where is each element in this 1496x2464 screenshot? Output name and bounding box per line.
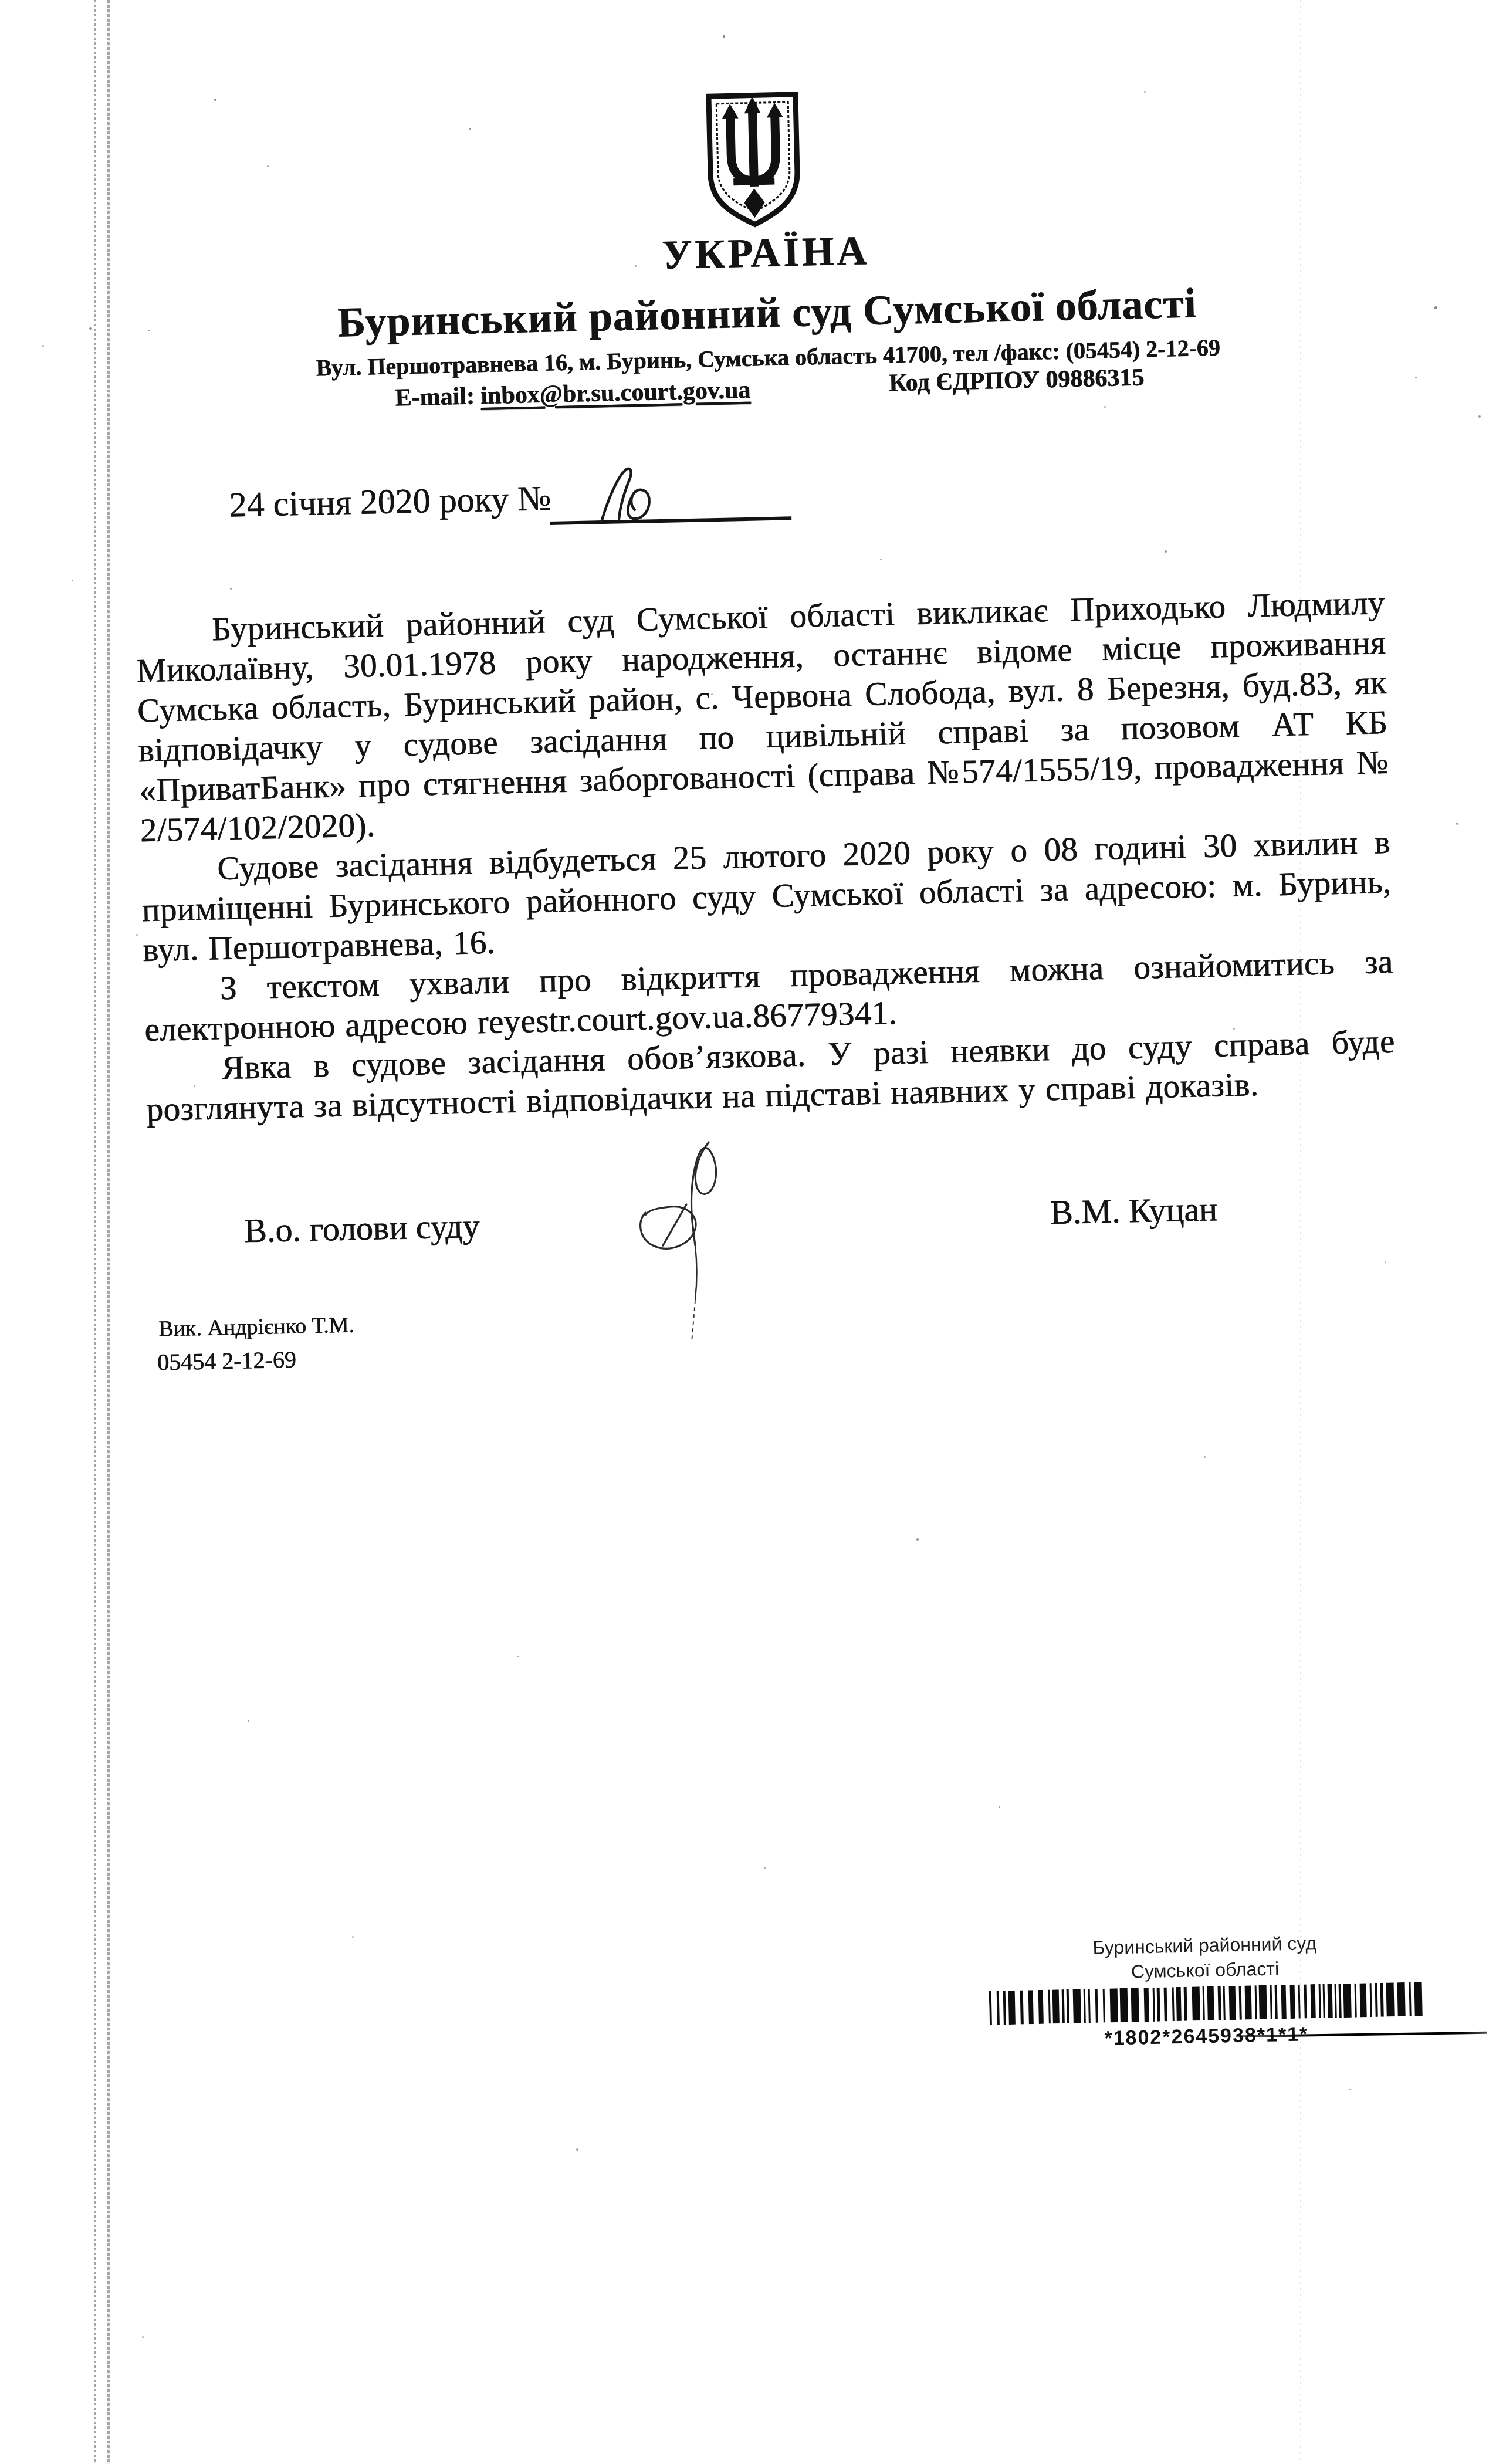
signature-scribble xyxy=(634,1135,745,1346)
scan-noise-speck xyxy=(42,345,44,347)
executor-phone: 05454 2-12-69 xyxy=(157,1346,297,1376)
signer-role: В.о. голови суду xyxy=(243,1206,480,1250)
date-text: 24 січня 2020 року № xyxy=(229,478,551,525)
letterhead: УКРАЇНА Буринський районний суд Сумської… xyxy=(96,67,1436,437)
scan-noise-speck xyxy=(1144,91,1146,93)
paragraph-summons: Буринський районний суд Сумської області… xyxy=(135,583,1390,851)
scan-noise-speck xyxy=(1415,377,1417,378)
executor-name: Вик. Андрієнко Т.М. xyxy=(158,1312,355,1342)
email-address: inbox@br.su.court.gov.ua xyxy=(480,377,751,409)
scan-noise-speck xyxy=(142,2336,144,2338)
scan-artifact-vertical-line-1 xyxy=(94,0,96,2464)
barcode-value: *1802*2645938*1*1* xyxy=(963,2020,1450,2053)
date-line: 24 січня 2020 року № xyxy=(225,471,872,561)
email-row: E-maіl: inbox@br.su.court.gov.ua xyxy=(395,376,751,412)
scan-noise-speck xyxy=(635,265,637,267)
scan-noise-speck xyxy=(136,934,138,936)
scan-noise-speck xyxy=(469,128,471,130)
body-text: Буринський районний суд Сумської області… xyxy=(135,583,1396,1130)
scan-noise-speck xyxy=(387,497,390,500)
ukraine-trident-coat-of-arms-icon xyxy=(702,89,805,232)
scan-noise-speck xyxy=(148,330,150,331)
scan-noise-speck xyxy=(576,2148,578,2151)
edrpou-code: Код ЄДРПОУ 09886315 xyxy=(889,363,1145,397)
scan-noise-speck xyxy=(1385,1261,1386,1263)
scan-noise-speck xyxy=(1165,550,1167,553)
scan-noise-speck xyxy=(248,1720,249,1722)
scan-noise-speck xyxy=(1104,406,1106,408)
scan-noise-speck xyxy=(352,1936,354,1938)
scan-noise-speck xyxy=(214,99,216,101)
scan-noise-speck xyxy=(1349,2089,1351,2090)
scan-noise-speck xyxy=(89,327,92,330)
barcode-block: Буринський районний суд Сумської області… xyxy=(961,1925,1451,2070)
scan-noise-speck xyxy=(764,1867,766,1869)
scan-noise-speck xyxy=(72,580,73,581)
scan-noise-speck xyxy=(194,1085,195,1087)
scan-noise-speck xyxy=(916,1538,919,1541)
document-scan-page: УКРАЇНА Буринський районний суд Сумської… xyxy=(0,0,1496,2464)
barcode-bars xyxy=(989,1982,1431,2025)
scan-noise-speck xyxy=(267,165,269,167)
scan-noise-speck xyxy=(999,1806,1000,1808)
scan-noise-speck xyxy=(711,693,713,695)
scan-noise-speck xyxy=(1478,415,1481,418)
scan-noise-speck xyxy=(517,1656,519,1657)
signer-name: В.М. Куцан xyxy=(1050,1189,1217,1232)
case-number-underline xyxy=(550,516,791,525)
scan-noise-speck xyxy=(880,559,882,560)
email-label: E-maіl: xyxy=(395,383,475,411)
handwritten-number xyxy=(592,461,669,533)
scan-noise-speck xyxy=(1233,1028,1235,1030)
scan-noise-speck xyxy=(723,35,725,38)
scan-noise-speck xyxy=(1456,823,1458,825)
scan-noise-speck xyxy=(1434,306,1437,309)
scan-noise-speck xyxy=(1204,1456,1206,1458)
scan-noise-speck xyxy=(230,588,232,590)
